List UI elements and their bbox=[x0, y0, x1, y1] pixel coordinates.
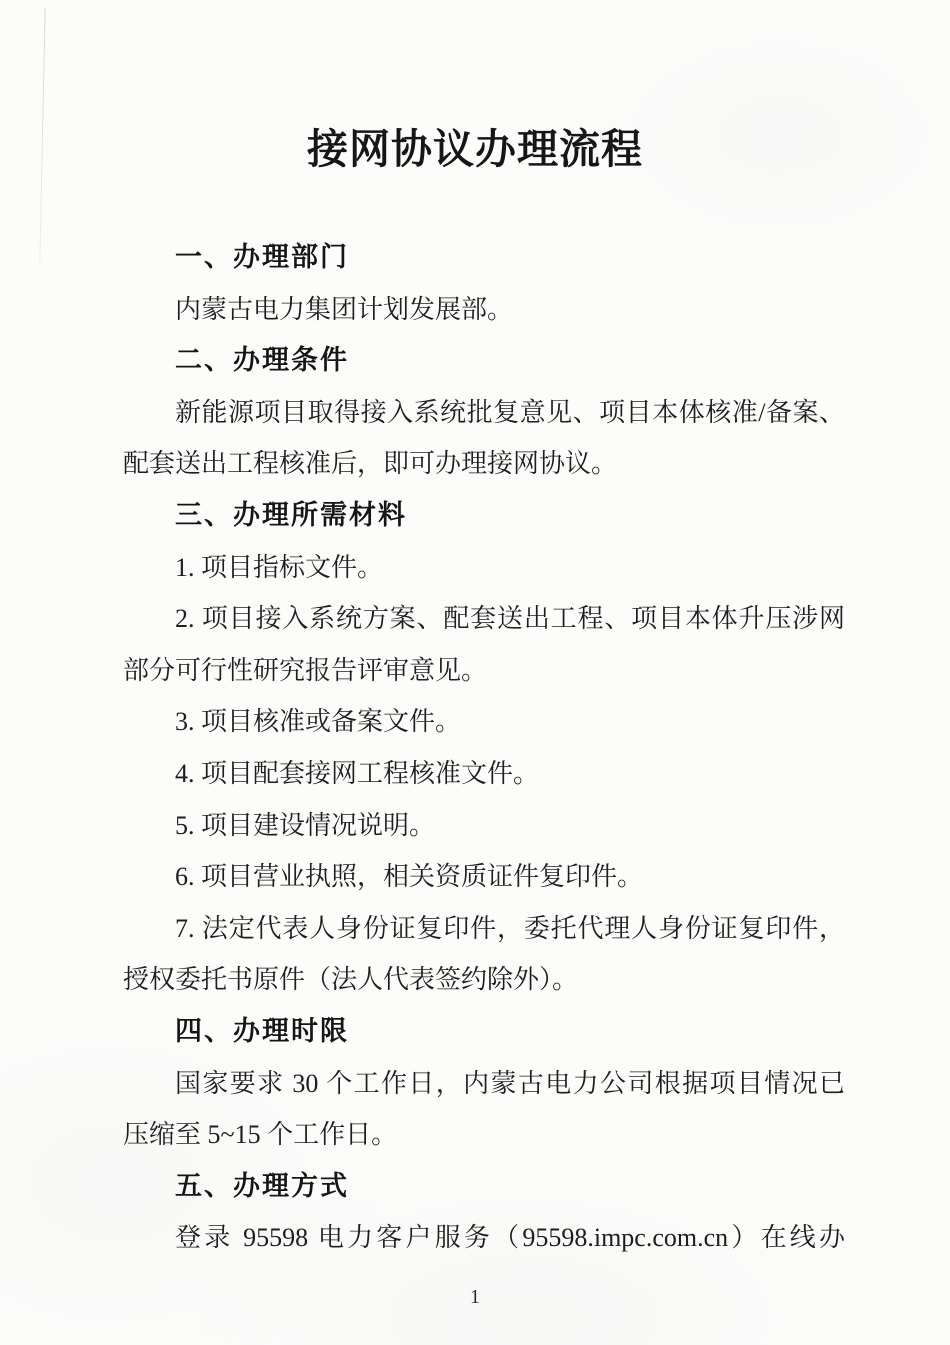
material-item-5: 5. 项目建设情况说明。 bbox=[123, 800, 845, 852]
section-5-text-line-1: 登录 95598 电力客户服务（95598.impc.com.cn）在线办 bbox=[123, 1212, 845, 1264]
section-4-heading: 四、办理时限 bbox=[123, 1006, 845, 1058]
section-4-text-line-1: 国家要求 30 个工作日，内蒙古电力公司根据项目情况已 bbox=[123, 1058, 845, 1110]
section-3-heading: 三、办理所需材料 bbox=[123, 490, 845, 542]
material-item-4: 4. 项目配套接网工程核准文件。 bbox=[123, 748, 845, 800]
section-1-text: 内蒙古电力集团计划发展部。 bbox=[123, 284, 845, 336]
scanned-document-page: 接网协议办理流程 一、办理部门 内蒙古电力集团计划发展部。 二、办理条件 新能源… bbox=[0, 0, 950, 1345]
section-5-heading: 五、办理方式 bbox=[123, 1161, 845, 1213]
material-item-1: 1. 项目指标文件。 bbox=[123, 542, 845, 594]
material-item-3: 3. 项目核准或备案文件。 bbox=[123, 696, 845, 748]
section-2-text-line-2: 配套送出工程核准后，即可办理接网协议。 bbox=[123, 438, 845, 490]
document-body: 一、办理部门 内蒙古电力集团计划发展部。 二、办理条件 新能源项目取得接入系统批… bbox=[123, 232, 845, 1264]
page-number: 1 bbox=[0, 1286, 950, 1309]
document-title: 接网协议办理流程 bbox=[0, 116, 950, 175]
material-item-7-line-2: 授权委托书原件（法人代表签约除外）。 bbox=[123, 954, 845, 1006]
material-item-2-line-1: 2. 项目接入系统方案、配套送出工程、项目本体升压涉网 bbox=[123, 593, 845, 645]
material-item-6: 6. 项目营业执照，相关资质证件复印件。 bbox=[123, 851, 845, 903]
section-2-heading: 二、办理条件 bbox=[123, 335, 845, 387]
material-item-7-line-1: 7. 法定代表人身份证复印件，委托代理人身份证复印件， bbox=[123, 903, 845, 955]
section-2-text-line-1: 新能源项目取得接入系统批复意见、项目本体核准/备案、 bbox=[123, 387, 845, 439]
section-4-text-line-2: 压缩至 5~15 个工作日。 bbox=[123, 1109, 845, 1161]
material-item-2-line-2: 部分可行性研究报告评审意见。 bbox=[123, 645, 845, 697]
section-1-heading: 一、办理部门 bbox=[123, 232, 845, 284]
